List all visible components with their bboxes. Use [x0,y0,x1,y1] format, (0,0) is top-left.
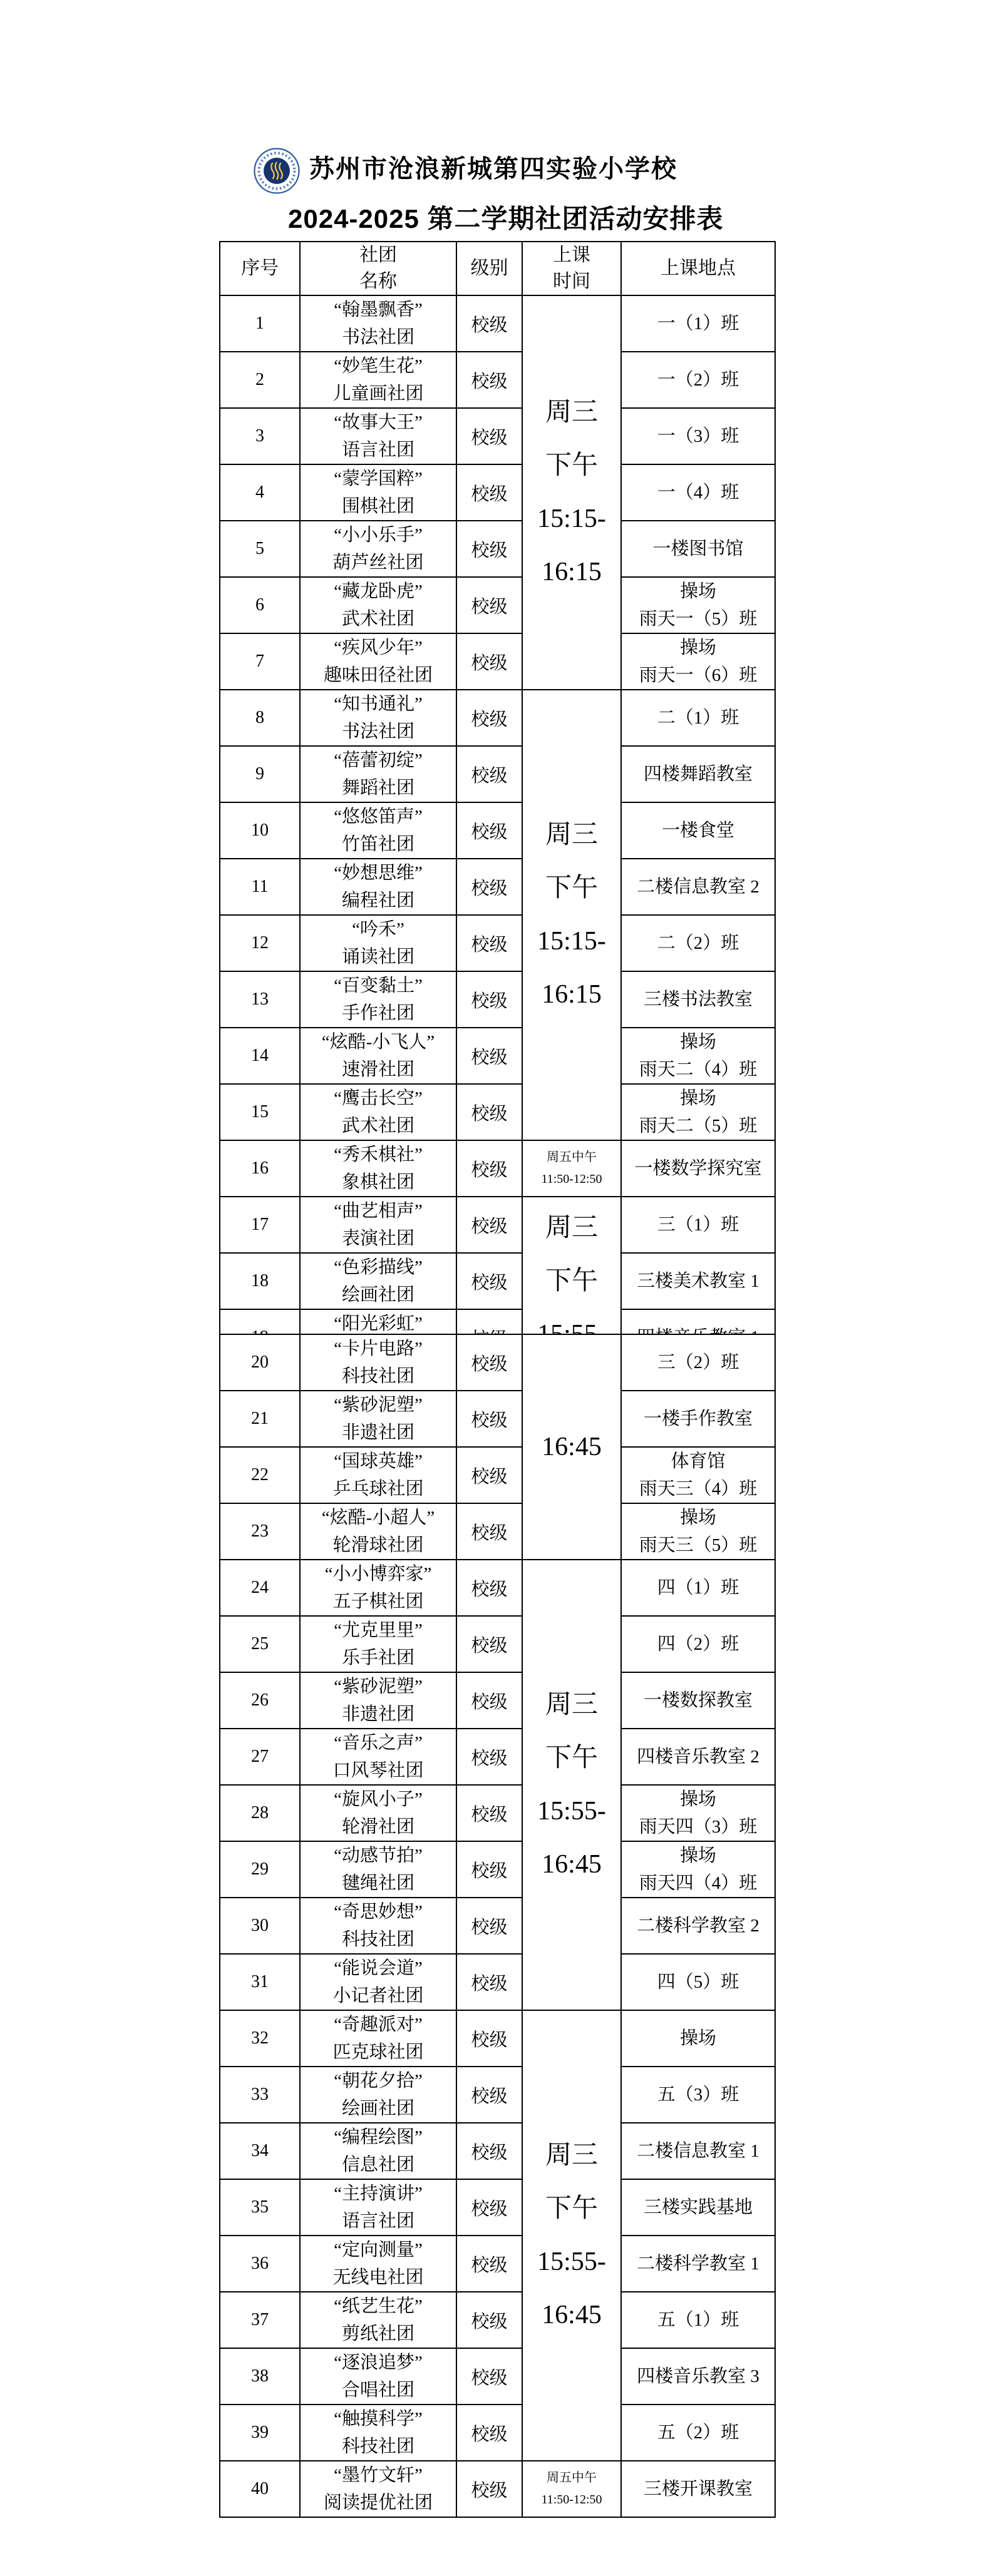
location-line: 一楼数学探究室 [622,1155,774,1182]
level-cell: 校级 [456,2292,522,2348]
location-cell: 二（1）班 [621,690,775,746]
location-line: 三楼美术教室 1 [622,1267,774,1295]
club-name-cell: “纸艺生花”剪纸社团 [300,2292,456,2348]
location-cell: 一楼数探教室 [621,1672,775,1729]
row-index-cell: 11 [220,859,300,915]
level-cell: 校级 [456,633,522,690]
location-cell: 一楼数学探究室 [621,1140,775,1197]
location-line: 一楼手作教室 [622,1405,774,1433]
level-cell: 校级 [456,577,522,633]
school-emblem-icon [253,147,301,195]
level-cell: 校级 [456,2236,522,2292]
time-line: 15:15- [523,493,620,546]
location-line: 四楼舞蹈教室 [622,760,774,788]
location-cell: 二楼科学教室 2 [621,1898,775,1954]
level-cell: 校级 [456,1785,522,1841]
location-cell: 操场雨天二（4）班 [621,1028,775,1084]
row-index-cell: 21 [220,1391,300,1447]
level-cell: 校级 [456,1560,522,1616]
location-line: 操场 [622,578,774,605]
club-name-line: 剪纸社团 [301,2320,456,2348]
row-index-cell: 23 [220,1503,300,1560]
table-row: 3“故事大王”语言社团校级一（3）班 [220,408,775,464]
table-row: 27“音乐之声”口风琴社团校级四楼音乐教室 2 [220,1729,775,1785]
row-index-cell: 17 [220,1197,300,1253]
location-cell: 一（2）班 [621,352,775,408]
club-name-line: 五子棋社团 [301,1588,456,1615]
club-name-cell: “国球英雄”乒乓球社团 [300,1447,456,1503]
table-row: 26“紫砂泥塑”非遗社团校级一楼数探教室 [220,1672,775,1729]
table-row: 20“卡片电路”科技社团校级16:45三（2）班 [220,1334,775,1391]
location-line: 五（2）班 [622,2419,774,2446]
row-index-cell: 4 [220,464,300,521]
club-name-line: 科技社团 [301,1926,456,1953]
location-line: 一楼数探教室 [622,1687,774,1714]
table-row: 9“蓓蕾初绽”舞蹈社团校级四楼舞蹈教室 [220,746,775,802]
location-line: 一楼图书馆 [622,535,774,563]
location-cell: 操场雨天四（4）班 [621,1841,775,1898]
club-name-line: 匹克球社团 [301,2038,456,2066]
club-name-line: “奇思妙想” [301,1898,456,1926]
location-cell: 操场雨天三（5）班 [621,1503,775,1560]
header-text: 序号 [220,255,299,282]
club-name-cell: “墨竹文轩”阅读提优社团 [300,2461,456,2517]
row-index-cell: 27 [220,1729,300,1785]
level-cell: 校级 [456,802,522,859]
location-line: 雨天二（5）班 [622,1112,774,1140]
club-name-cell: “蓓蕾初绽”舞蹈社团 [300,746,456,802]
club-name-cell: “逐浪追梦”合唱社团 [300,2348,456,2405]
club-name-line: 无线电社团 [301,2264,456,2291]
level-cell: 校级 [456,1729,522,1785]
location-line: 四（5）班 [622,1968,774,1996]
table-row: 31“能说会道”小记者社团校级四（5）班 [220,1954,775,2010]
time-line: 下午 [523,439,620,493]
time-line: 周三 [523,2129,620,2182]
club-name-line: 乐手社团 [301,1644,456,1672]
club-name-line: “国球英雄” [301,1448,456,1475]
club-name-cell: “百变黏土”手作社团 [300,971,456,1028]
location-cell: 操场 [621,2010,775,2067]
header-cell-location: 上课地点 [621,242,775,295]
table-row: 39“触摸科学”科技社团校级五（2）班 [220,2405,775,2461]
club-name-line: 轮滑社团 [301,1813,456,1841]
time-line: 16:45 [523,2289,620,2342]
document-page: 苏州市沧浪新城第四实验小学校 2024-2025 第二学期社团活动安排表 序号 … [0,0,993,2576]
time-line: 周三 [523,386,620,439]
location-line: 雨天一（6）班 [622,662,774,689]
school-logo-icon [253,147,301,195]
club-name-line: “鹰击长空” [301,1085,456,1112]
club-name-cell: “吟禾”诵读社团 [300,915,456,971]
row-index-cell: 34 [220,2123,300,2179]
level-cell: 校级 [456,2405,522,2461]
club-name-line: 书法社团 [301,324,456,351]
header-text: 级别 [457,255,522,282]
club-name-cell: “鹰击长空”武术社团 [300,1084,456,1140]
location-cell: 一（1）班 [621,295,775,352]
schedule-table-page2: 20“卡片电路”科技社团校级16:45三（2）班21“紫砂泥塑”非遗社团校级一楼… [219,1334,776,2518]
table-row: 6“藏龙卧虎”武术社团校级操场雨天一（5）班 [220,577,775,633]
time-line: 周五中午 [523,2467,620,2489]
location-cell: 四楼舞蹈教室 [621,746,775,802]
club-name-line: 毽绳社团 [301,1869,456,1897]
location-cell: 一（4）班 [621,464,775,521]
club-name-line: “音乐之声” [301,1729,456,1757]
club-name-line: “旋风小子” [301,1786,456,1813]
row-index-cell: 16 [220,1140,300,1197]
location-cell: 一楼食堂 [621,802,775,859]
school-name-title: 苏州市沧浪新城第四实验小学校 [309,149,677,185]
location-line: 三（2）班 [622,1349,774,1376]
club-name-line: “动感节拍” [301,1842,456,1869]
time-line: 下午 [523,1732,620,1785]
table-row: 14“炫酷-小飞人”速滑社团校级操场雨天二（4）班 [220,1028,775,1084]
location-line: 体育馆 [622,1448,774,1475]
club-name-line: 语言社团 [301,2207,456,2235]
document-title: 2024-2025 第二学期社团活动安排表 [288,198,724,236]
table-row: 7“疾风少年”趣味田径社团校级操场雨天一（6）班 [220,633,775,690]
level-cell: 校级 [456,2461,522,2517]
location-cell: 操场雨天一（6）班 [621,633,775,690]
club-name-cell: “翰墨飘香”书法社团 [300,295,456,352]
header-text: 社团 [301,242,456,268]
club-name-cell: “藏龙卧虎”武术社团 [300,577,456,633]
location-cell: 三（2）班 [621,1334,775,1391]
row-index-cell: 14 [220,1028,300,1084]
club-name-cell: “编程绘图”信息社团 [300,2123,456,2179]
location-cell: 二（2）班 [621,915,775,971]
location-line: 一（2）班 [622,366,774,394]
club-name-cell: “奇趣派对”匹克球社团 [300,2010,456,2067]
level-cell: 校级 [456,2123,522,2179]
location-line: 二楼科学教室 2 [622,1912,774,1940]
club-name-line: “纸艺生花” [301,2292,456,2320]
location-line: 雨天四（4）班 [622,1869,774,1897]
row-index-cell: 40 [220,2461,300,2517]
row-index-cell: 30 [220,1898,300,1954]
location-cell: 四（2）班 [621,1616,775,1672]
club-name-cell: “故事大王”语言社团 [300,408,456,464]
level-cell: 校级 [456,1503,522,1560]
level-cell: 校级 [456,2067,522,2123]
club-name-cell: “妙想思维”编程社团 [300,859,456,915]
table-row: 40“墨竹文轩”阅读提优社团校级周五中午11:50-12:50三楼开课教室 [220,2461,775,2517]
time-line: 周五中午 [523,1147,620,1168]
row-index-cell: 33 [220,2067,300,2123]
table-row: 32“奇趣派对”匹克球社团校级周三下午15:55-16:45操场 [220,2010,775,2067]
club-name-cell: “触摸科学”科技社团 [300,2405,456,2461]
club-name-line: “故事大王” [301,409,456,436]
club-name-cell: “小小博弈家”五子棋社团 [300,1560,456,1616]
club-name-line: “蒙学国粹” [301,465,456,493]
time-line: 11:50-12:50 [523,2489,620,2511]
time-line: 下午 [523,862,620,915]
level-cell: 校级 [456,1447,522,1503]
row-index-cell: 10 [220,802,300,859]
club-name-cell: “定向测量”无线电社团 [300,2236,456,2292]
location-cell: 二楼信息教室 2 [621,859,775,915]
club-name-line: 象棋社团 [301,1168,456,1196]
location-cell: 一（3）班 [621,408,775,464]
club-name-cell: “尤克里里”乐手社团 [300,1616,456,1672]
table-row: 1“翰墨飘香”书法社团校级周三下午15:15-16:15一（1）班 [220,295,775,352]
club-name-line: 儿童画社团 [301,380,456,407]
level-cell: 校级 [456,1898,522,1954]
table-row: 23“炫酷-小超人”轮滑球社团校级操场雨天三（5）班 [220,1503,775,1560]
header-text: 名称 [301,268,456,295]
club-name-line: 非遗社团 [301,1419,456,1446]
table-row: 2“妙笔生花”儿童画社团校级一（2）班 [220,352,775,408]
row-index-cell: 38 [220,2348,300,2405]
row-index-cell: 39 [220,2405,300,2461]
location-cell: 四楼音乐教室 2 [621,1729,775,1785]
club-name-cell: “疾风少年”趣味田径社团 [300,633,456,690]
club-name-line: 科技社团 [301,2433,456,2460]
club-name-cell: “能说会道”小记者社团 [300,1954,456,2010]
row-index-cell: 32 [220,2010,300,2067]
level-cell: 校级 [456,1954,522,2010]
header-cell-level: 级别 [456,242,522,295]
row-index-cell: 25 [220,1616,300,1672]
club-name-cell: “悠悠笛声”竹笛社团 [300,802,456,859]
level-cell: 校级 [456,746,522,802]
club-name-line: 绘画社团 [301,2095,456,2122]
club-name-line: 武术社团 [301,1112,456,1140]
level-cell: 校级 [456,2010,522,2067]
location-line: 四（2）班 [622,1630,774,1658]
time-line: 下午 [523,2182,620,2236]
location-cell: 三楼开课教室 [621,2461,775,2517]
level-cell: 校级 [456,690,522,746]
time-line: 15:55- [523,1785,620,1838]
club-name-line: “触摸科学” [301,2405,456,2433]
time-line: 16:15 [523,968,620,1021]
location-cell: 操场雨天二（5）班 [621,1084,775,1140]
time-cell: 周五中午11:50-12:50 [522,1140,621,1197]
club-name-line: 葫芦丝社团 [301,549,456,576]
club-name-line: 乒乓球社团 [301,1475,456,1503]
club-name-line: 舞蹈社团 [301,774,456,802]
club-name-line: 口风琴社团 [301,1757,456,1784]
level-cell: 校级 [456,408,522,464]
club-name-cell: “秀禾棋社”象棋社团 [300,1140,456,1197]
row-index-cell: 36 [220,2236,300,2292]
club-name-line: “小小博弈家” [301,1560,456,1588]
club-name-line: “妙笔生花” [301,352,456,380]
table-row: 33“朝花夕拾”绘画社团校级五（3）班 [220,2067,775,2123]
row-index-cell: 9 [220,746,300,802]
table-row: 11“妙想思维”编程社团校级二楼信息教室 2 [220,859,775,915]
row-index-cell: 37 [220,2292,300,2348]
table-row: 5“小小乐手”葫芦丝社团校级一楼图书馆 [220,521,775,577]
time-cell: 周三下午15:55-16:45 [522,1560,621,2010]
time-cell: 周三下午15:15-16:15 [522,690,621,1140]
club-name-line: 表演社团 [301,1225,456,1252]
club-name-cell: “炫酷-小超人”轮滑球社团 [300,1503,456,1560]
location-line: 二（1）班 [622,704,774,732]
level-cell: 校级 [456,464,522,521]
level-cell: 校级 [456,915,522,971]
club-name-cell: “炫酷-小飞人”速滑社团 [300,1028,456,1084]
time-cell: 16:45 [522,1334,621,1560]
row-index-cell: 5 [220,521,300,577]
table-row: 25“尤克里里”乐手社团校级四（2）班 [220,1616,775,1672]
level-cell: 校级 [456,1334,522,1391]
row-index-cell: 1 [220,295,300,352]
club-name-cell: “紫砂泥塑”非遗社团 [300,1391,456,1447]
table-row: 12“吟禾”诵读社团校级二（2）班 [220,915,775,971]
club-name-line: “定向测量” [301,2236,456,2264]
location-cell: 体育馆雨天三（4）班 [621,1447,775,1503]
club-name-cell: “旋风小子”轮滑社团 [300,1785,456,1841]
location-line: 雨天四（3）班 [622,1813,774,1841]
location-cell: 三楼美术教室 1 [621,1253,775,1309]
club-name-cell: “色彩描线”绘画社团 [300,1253,456,1309]
row-index-cell: 2 [220,352,300,408]
club-name-line: 绘画社团 [301,1281,456,1309]
level-cell: 校级 [456,1084,522,1140]
club-name-line: “翰墨飘香” [301,296,456,324]
club-name-line: “吟禾” [301,916,456,943]
table-row: 28“旋风小子”轮滑社团校级操场雨天四（3）班 [220,1785,775,1841]
location-line: 五（3）班 [622,2081,774,2108]
club-name-line: “炫酷-小超人” [301,1504,456,1531]
row-index-cell: 15 [220,1084,300,1140]
header-cell-index: 序号 [220,242,300,295]
location-line: 五（1）班 [622,2306,774,2334]
row-index-cell: 13 [220,971,300,1028]
location-line: 雨天一（5）班 [622,605,774,633]
location-line: 一（4）班 [622,479,774,506]
location-line: 操场 [622,1504,774,1531]
club-name-line: 书法社团 [301,718,456,745]
table-row: 22“国球英雄”乒乓球社团校级体育馆雨天三（4）班 [220,1447,775,1503]
location-line: 一楼食堂 [622,817,774,844]
location-line: 二楼科学教室 1 [622,2250,774,2277]
location-line: 雨天三（4）班 [622,1475,774,1503]
club-name-cell: “知书通礼”书法社团 [300,690,456,746]
time-line: 周三 [523,1679,620,1732]
time-line: 16:45 [523,1421,620,1473]
time-line: 15:55- [523,2236,620,2289]
location-cell: 四（5）班 [621,1954,775,2010]
table-row: 4“蒙学国粹”围棋社团校级一（4）班 [220,464,775,521]
location-cell: 一楼图书馆 [621,521,775,577]
club-name-line: “曲艺相声” [301,1197,456,1225]
club-name-cell: “动感节拍”毽绳社团 [300,1841,456,1898]
table-row: 10“悠悠笛声”竹笛社团校级一楼食堂 [220,802,775,859]
row-index-cell: 26 [220,1672,300,1729]
row-index-cell: 18 [220,1253,300,1309]
location-line: 四楼音乐教室 3 [622,2363,774,2390]
location-cell: 一楼手作教室 [621,1391,775,1447]
row-index-cell: 35 [220,2179,300,2236]
location-line: 三楼实践基地 [622,2194,774,2221]
table-row: 18“色彩描线”绘画社团校级三楼美术教室 1 [220,1253,775,1309]
level-cell: 校级 [456,352,522,408]
club-name-cell: “音乐之声”口风琴社团 [300,1729,456,1785]
table-row: 8“知书通礼”书法社团校级周三下午15:15-16:15二（1）班 [220,690,775,746]
time-line: 16:45 [523,1838,620,1891]
club-name-line: “尤克里里” [301,1617,456,1644]
header-cell-club-name: 社团 名称 [300,242,456,295]
club-name-line: “色彩描线” [301,1254,456,1281]
club-name-line: “编程绘图” [301,2124,456,2151]
table-row: 37“纸艺生花”剪纸社团校级五（1）班 [220,2292,775,2348]
row-index-cell: 22 [220,1447,300,1503]
club-name-cell: “紫砂泥塑”非遗社团 [300,1672,456,1729]
location-line: 四楼音乐教室 2 [622,1743,774,1771]
club-name-line: 非遗社团 [301,1700,456,1728]
level-cell: 校级 [456,1197,522,1253]
row-index-cell: 6 [220,577,300,633]
club-name-line: 诵读社团 [301,943,456,971]
club-name-line: 阅读提优社团 [301,2489,456,2517]
club-name-line: 武术社团 [301,605,456,633]
club-name-cell: “蒙学国粹”围棋社团 [300,464,456,521]
club-name-cell: “卡片电路”科技社团 [300,1334,456,1391]
level-cell: 校级 [456,1253,522,1309]
time-line: 周三 [523,809,620,862]
location-cell: 二楼科学教室 1 [621,2236,775,2292]
time-cell: 周五中午11:50-12:50 [522,2461,621,2517]
club-name-line: “秀禾棋社” [301,1141,456,1168]
location-cell: 二楼信息教室 1 [621,2123,775,2179]
time-line: 16:15 [523,546,620,599]
club-name-line: “知书通礼” [301,690,456,718]
header-text: 上课 [523,242,620,268]
location-line: 三楼开课教室 [622,2475,774,2503]
club-name-cell: “主持演讲”语言社团 [300,2179,456,2236]
club-name-line: “藏龙卧虎” [301,578,456,605]
location-cell: 三楼实践基地 [621,2179,775,2236]
row-index-cell: 7 [220,633,300,690]
level-cell: 校级 [456,1616,522,1672]
time-line: 周三 [523,1202,620,1255]
location-line: 三楼书法教室 [622,986,774,1013]
table-row: 38“逐浪追梦”合唱社团校级四楼音乐教室 3 [220,2348,775,2405]
club-name-cell: “妙笔生花”儿童画社团 [300,352,456,408]
level-cell: 校级 [456,1028,522,1084]
club-name-line: “疾风少年” [301,634,456,662]
row-index-cell: 20 [220,1334,300,1391]
location-cell: 三楼书法教室 [621,971,775,1028]
location-line: 二楼信息教室 1 [622,2137,774,2165]
location-line: 四（1）班 [622,1574,774,1602]
table-row: 30“奇思妙想”科技社团校级二楼科学教室 2 [220,1898,775,1954]
row-index-cell: 28 [220,1785,300,1841]
time-cell: 周三下午15:15-16:15 [522,295,621,690]
location-line: 操场 [622,2025,774,2052]
row-index-cell: 24 [220,1560,300,1616]
table-row: 36“定向测量”无线电社团校级二楼科学教室 1 [220,2236,775,2292]
club-name-line: “能说会道” [301,1955,456,1982]
time-line: 下午 [523,1255,620,1308]
table-row: 13“百变黏土”手作社团校级三楼书法教室 [220,971,775,1028]
table-row: 16“秀禾棋社”象棋社团校级周五中午11:50-12:50一楼数学探究室 [220,1140,775,1197]
club-name-line: 速滑社团 [301,1056,456,1083]
time-line: 11:50-12:50 [523,1168,620,1190]
club-name-cell: “曲艺相声”表演社团 [300,1197,456,1253]
location-line: 雨天二（4）班 [622,1056,774,1083]
table-row: 24“小小博弈家”五子棋社团校级周三下午15:55-16:45四（1）班 [220,1560,775,1616]
club-name-cell: “小小乐手”葫芦丝社团 [300,521,456,577]
club-name-line: 围棋社团 [301,493,456,520]
row-index-cell: 12 [220,915,300,971]
location-line: 二楼信息教室 2 [622,873,774,901]
row-index-cell: 29 [220,1841,300,1898]
